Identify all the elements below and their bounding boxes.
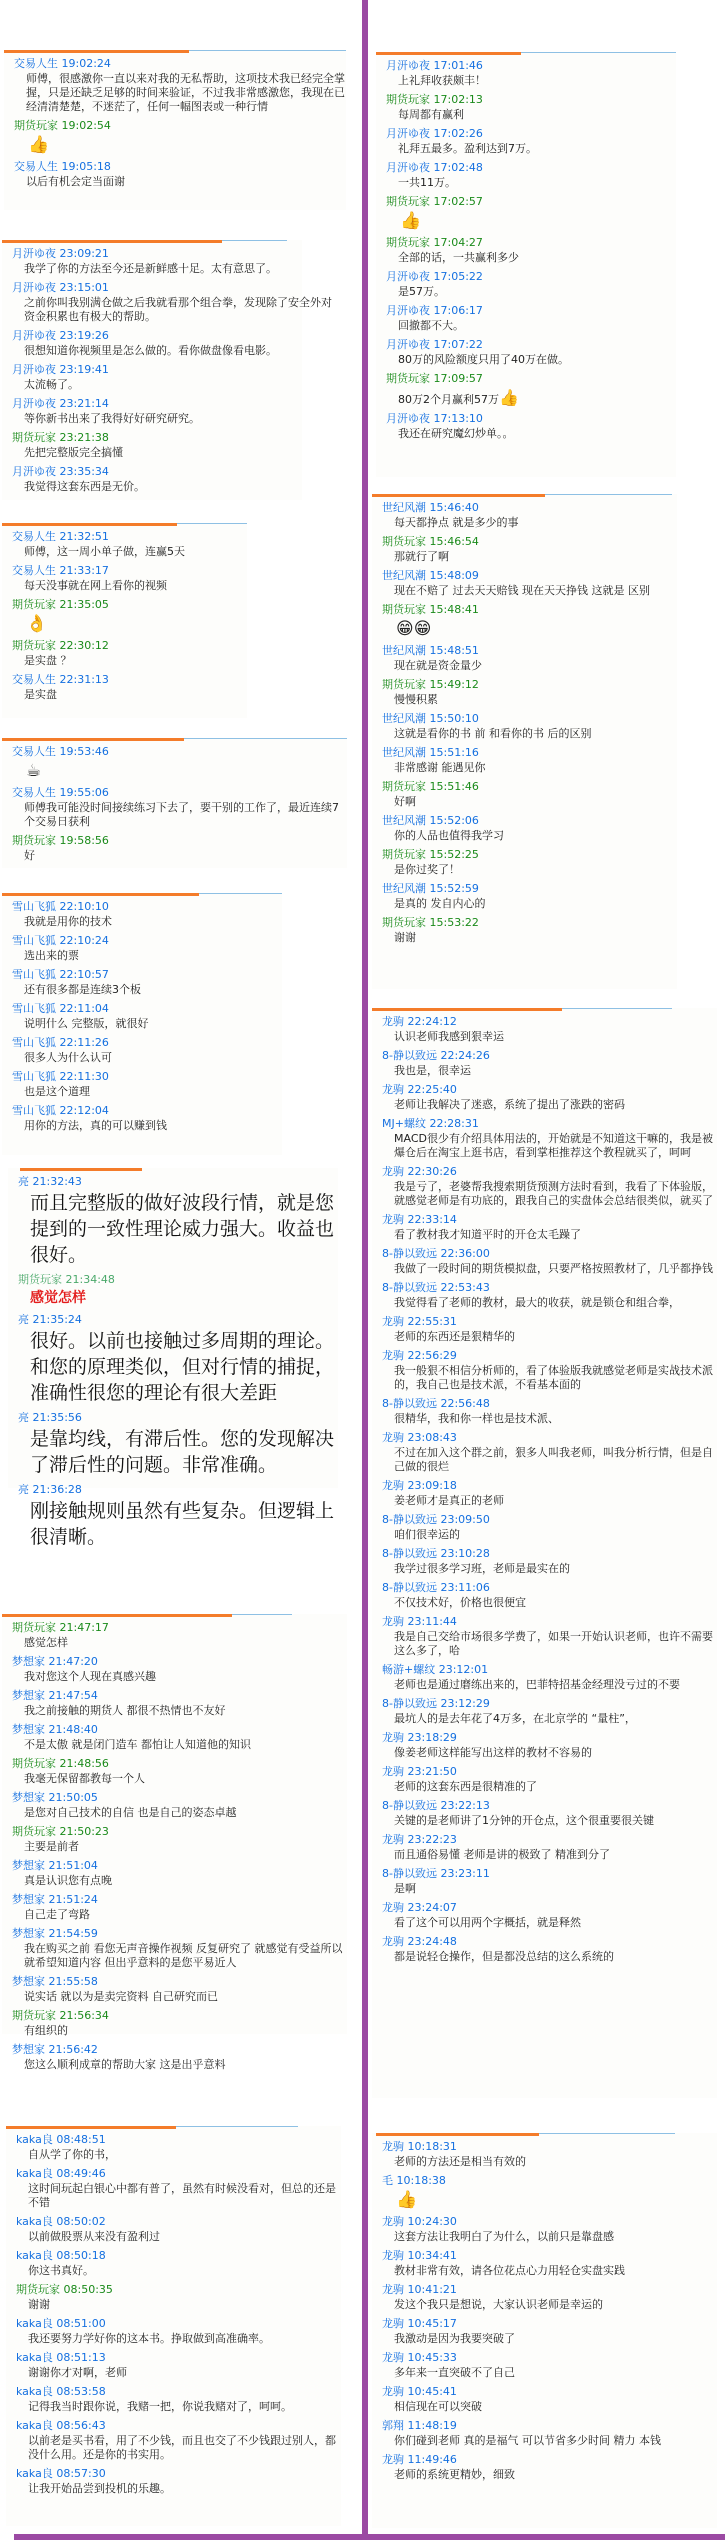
message-text: 是实盘 ？ <box>12 654 247 668</box>
message: 梦想家 21:55:58说实话 就以为是卖完资料 自己研究而已 <box>2 1974 347 2004</box>
message: 世纪风潮 15:50:10这就是看你的书 前 和看你的书 后的区别 <box>372 711 677 741</box>
message: 8-静以致远 23:12:29最坑人的是去年花了4万多，在北京学的 “量柱”， <box>372 1696 717 1726</box>
message-text: 而且完整版的做好波段行情，就是您提到的一致性理论威力强大。收益也很好。 <box>18 1190 338 1268</box>
message-header: 月汧ゆ夜 17:01:46 <box>386 58 676 74</box>
message-header: 龙驹 10:45:17 <box>382 2316 717 2332</box>
message: 期货玩家 21:34:48感觉怎样 <box>8 1272 338 1308</box>
message-text: 用你的方法，真的可以赚到钱 <box>12 1119 282 1133</box>
message-header: 亮 21:35:24 <box>18 1312 338 1328</box>
message-text: 不仅技术好，价格也很便宜 <box>382 1596 717 1610</box>
message-text: 真是认识您有点晚 <box>12 1874 347 1888</box>
message-text: 我做了一段时间的期货模拟盘，只要严格按照教材了，几乎都挣钱 <box>382 1262 717 1276</box>
message: 亮 21:35:56是靠均线，有滞后性。您的发现解决了滞后性的问题。非常准确。 <box>8 1410 338 1478</box>
message: 龙驹 22:30:26我是亏了，老婆帮我搜索期货预测方法时看到，我看了下体验版，… <box>372 1164 717 1208</box>
message-text: 等你新书出来了我得好好研究研究。 <box>12 412 302 426</box>
message-header: kaka良 08:48:51 <box>16 2132 341 2148</box>
message-text: 老师的方法还是相当有效的 <box>382 2155 717 2169</box>
message: 龙驹 10:18:31老师的方法还是相当有效的 <box>372 2139 717 2169</box>
message: 期货玩家 21:47:17感觉怎样 <box>2 1620 347 1650</box>
message-text: 自从学了你的书， <box>16 2148 341 2162</box>
message-text: 说明什么 完整版，就很好 <box>12 1017 282 1031</box>
message-header: 期货玩家 15:46:54 <box>382 534 677 550</box>
separator <box>372 1008 717 1010</box>
message-header: 期货玩家 08:50:35 <box>16 2282 341 2298</box>
message-header: 世纪风潮 15:52:06 <box>382 813 677 829</box>
message-header: 龙驹 11:49:46 <box>382 2452 717 2468</box>
chat-block-4: 交易人生 19:53:46☕ 交易人生 19:55:06师傅我可能没时间接续练习… <box>2 738 347 868</box>
message-header: 龙驹 22:55:31 <box>382 1314 717 1330</box>
message: 龙驹 10:45:17我激动是因为我要突破了 <box>372 2316 717 2346</box>
message-header: 月汧ゆ夜 23:19:41 <box>12 362 302 378</box>
chat-block-10: 世纪风潮 15:46:40每天都挣点 就是多少的事 期货玩家 15:46:54那… <box>372 494 677 989</box>
message: 月汧ゆ夜 17:01:46上礼拜收获颇丰！ <box>376 58 676 88</box>
message-text: 发这个我只是想说，大家认识老师是幸运的 <box>382 2298 717 2312</box>
message: 8-静以致远 22:24:26我也是，很幸运 <box>372 1048 717 1078</box>
message-header: 梦想家 21:47:20 <box>12 1654 347 1670</box>
message-header: 8-静以致远 23:23:11 <box>382 1866 717 1882</box>
message-header: 龙驹 22:30:26 <box>382 1164 717 1180</box>
message-text: 好 <box>12 849 347 863</box>
message-header: 郭翔 11:48:19 <box>382 2418 717 2434</box>
message-text: 谢谢 <box>16 2298 341 2312</box>
message: 月汧ゆ夜 23:35:34我觉得这套东西是无价。 <box>2 464 302 494</box>
message-header: 期货玩家 17:02:57 <box>386 194 676 210</box>
message-text: 非常感谢 能遇见你 <box>382 761 677 775</box>
message-text: 我是自己交给市场很多学费了，如果一开始认识老师，也许不需要这么多了，哈 <box>382 1630 717 1658</box>
message-text: 很多人为什么认可 <box>12 1051 282 1065</box>
message: 龙驹 10:45:33多年来一直突破不了自己 <box>372 2350 717 2380</box>
message-header: 龙驹 10:41:21 <box>382 2282 717 2298</box>
message: 梦想家 21:48:40不是太傲 就是闭门造车 都怕让人知道他的知识 <box>2 1722 347 1752</box>
message: kaka良 08:50:18你这书真好。 <box>6 2248 341 2278</box>
message-header: 雪山飞狐 22:12:04 <box>12 1103 282 1119</box>
message: 月汧ゆ夜 23:09:21我学了你的方法至今还是新鲜感十足。太有意思了。 <box>2 246 302 276</box>
message: 交易人生 21:32:51师傅，这一周小单子做，连赢5天 <box>2 529 247 559</box>
message: 期货玩家 21:50:23主要是前者 <box>2 1824 347 1854</box>
message-header: 龙驹 23:18:29 <box>382 1730 717 1746</box>
message-text: 很精华，我和你一样也是技术派、 <box>382 1412 717 1426</box>
message: 期货玩家 15:51:46好啊 <box>372 779 677 809</box>
message: 龙驹 23:11:44我是自己交给市场很多学费了，如果一开始认识老师，也许不需要… <box>372 1614 717 1658</box>
message-header: 世纪风潮 15:51:16 <box>382 745 677 761</box>
message-header: kaka良 08:50:02 <box>16 2214 341 2230</box>
message-text: 现在不赔了 过去天天赔钱 现在天天挣钱 这就是 区别 <box>382 584 677 598</box>
message-text: 让我开始品尝到投机的乐趣。 <box>16 2482 341 2496</box>
message-text: 看了这个可以用两个字概括，就是释然 <box>382 1916 717 1930</box>
message: kaka良 08:49:46这时间玩起白银心中都有普了，虽然有时候没看对，但总的… <box>6 2166 341 2210</box>
message-header: 月汧ゆ夜 17:13:10 <box>386 411 676 427</box>
message-text: 最坑人的是去年花了4万多，在北京学的 “量柱”， <box>382 1712 717 1726</box>
message-text: 老师让我解决了迷惑，系统了提出了涨跌的密码 <box>382 1098 717 1112</box>
message-header: 月汧ゆ夜 17:02:26 <box>386 126 676 142</box>
message-header: kaka良 08:56:43 <box>16 2418 341 2434</box>
message: 梦想家 21:54:59我在购买之前 看您无声音操作视频 反复研究了 就感觉有受… <box>2 1926 347 1970</box>
message: kaka良 08:48:51自从学了你的书， <box>6 2132 341 2162</box>
chat-block-1: 交易人生 19:02:24师傅，很感激你一直以来对我的无私帮助，这项技术我已经完… <box>4 50 346 210</box>
message: 月汧ゆ夜 17:02:48一共11万。 <box>376 160 676 190</box>
message-text: 我还要努力学好你的这本书。挣取做到高准确率。 <box>16 2332 341 2346</box>
message-text: 很好。以前也接触过多周期的理论。和您的原理类似，但对行情的捕捉，准确性很您的理论… <box>18 1328 338 1406</box>
message: kaka良 08:51:13谢谢你才对啊，老师 <box>6 2350 341 2380</box>
message: 月汧ゆ夜 17:06:17回撤都不大。 <box>376 303 676 333</box>
message: 期货玩家 19:58:56好 <box>2 833 347 863</box>
message-text: 姜老师才是真正的老师 <box>382 1494 717 1508</box>
separator <box>2 523 247 525</box>
chat-block-11: 龙驹 22:24:12认识老师我感到狠幸运 8-静以致远 22:24:26我也是… <box>372 1008 717 2098</box>
message-header: 梦想家 21:51:04 <box>12 1858 347 1874</box>
message: 龙驹 22:33:14看了教材我才知道平时的开仓太毛躁了 <box>372 1212 717 1242</box>
message-header: kaka良 08:53:58 <box>16 2384 341 2400</box>
message: 龙驹 23:09:18姜老师才是真正的老师 <box>372 1478 717 1508</box>
message-header: 亮 21:35:56 <box>18 1410 338 1426</box>
message: kaka良 08:57:30让我开始品尝到投机的乐趣。 <box>6 2466 341 2496</box>
message-text: 像姜老师这样能写出这样的教材不容易的 <box>382 1746 717 1760</box>
message: 龙驹 22:56:29我一般狠不相信分析师的，看了体验版我就感觉老师是实战技术派… <box>372 1348 717 1392</box>
message-header: 龙驹 23:24:07 <box>382 1900 717 1916</box>
message-header: 期货玩家 21:34:48 <box>18 1272 338 1288</box>
message-header: 8-静以致远 23:11:06 <box>382 1580 717 1596</box>
message: 交易人生 19:55:06师傅我可能没时间接续练习下去了，要干别的工作了，最近连… <box>2 785 347 829</box>
message-header: 月汧ゆ夜 17:02:48 <box>386 160 676 176</box>
message-header: 8-静以致远 23:22:13 <box>382 1798 717 1814</box>
message-text: 你这书真好。 <box>16 2264 341 2278</box>
message-text: 看了教材我才知道平时的开仓太毛躁了 <box>382 1228 717 1242</box>
chat-block-2: 月汧ゆ夜 23:09:21我学了你的方法至今还是新鲜感十足。太有意思了。 月汧ゆ… <box>2 240 302 500</box>
message: 8-静以致远 23:10:28我学过很多学习班，老师是最实在的 <box>372 1546 717 1576</box>
message: 期货玩家 17:02:57👍 <box>376 194 676 235</box>
message-text: 上礼拜收获颇丰！ <box>386 74 676 88</box>
message-text: 先把完整版完全搞懂 <box>12 446 302 460</box>
message-header: 8-静以致远 23:10:28 <box>382 1546 717 1562</box>
message-header: 交易人生 19:02:24 <box>14 56 346 72</box>
message-header: 期货玩家 21:56:34 <box>12 2008 347 2024</box>
message-header: 期货玩家 21:47:17 <box>12 1620 347 1636</box>
message: 梦想家 21:50:05是您对自己技术的自信 也是自己的姿态卓越 <box>2 1790 347 1820</box>
message-text: 很想知道你视频里是怎么做的。看你做盘像看电影。 <box>12 344 302 358</box>
separator <box>2 240 302 242</box>
thumbs-up-icon: 👍 <box>499 388 519 407</box>
message: 龙驹 10:45:41相信现在可以突破 <box>372 2384 717 2414</box>
thumbs-up-icon: 👍 <box>386 210 421 232</box>
message: 8-静以致远 23:09:50咱们很幸运的 <box>372 1512 717 1542</box>
message-header: 期货玩家 21:35:05 <box>12 597 247 613</box>
message-text: 这就是看你的书 前 和看你的书 后的区别 <box>382 727 677 741</box>
message-text: 是真的 发自内心的 <box>382 897 677 911</box>
message: 月汧ゆ夜 17:02:26礼拜五最多。盈利达到7万。 <box>376 126 676 156</box>
coffee-icon: ☕ <box>12 760 41 782</box>
message-text: 师傅，很感激你一直以来对我的无私帮助，这项技术我已经完全掌握，只是还缺乏足够的时… <box>14 72 346 114</box>
message: 交易人生 19:05:18以后有机会定当面谢 <box>4 159 346 189</box>
message-text: 我对您这个人现在真感兴趣 <box>12 1670 347 1684</box>
message-text: 我激动是因为我要突破了 <box>382 2332 717 2346</box>
message-text: 我是亏了，老婆帮我搜索期货预测方法时看到，我看了下体验版，就感觉老师是有功底的，… <box>382 1180 717 1208</box>
message-text: 以前老是买书看，用了不少钱，而且也交了不少钱跟过别人，都没什么用。还是你的书实用… <box>16 2434 341 2462</box>
message-text: 说实话 就以为是卖完资料 自己研究而已 <box>12 1990 347 2004</box>
message-header: 龙驹 23:21:50 <box>382 1764 717 1780</box>
message-header: 毛 10:18:38 <box>382 2173 717 2189</box>
message: 梦想家 21:51:24自己走了弯路 <box>2 1892 347 1922</box>
message-header: 梦想家 21:51:24 <box>12 1892 347 1908</box>
message: 畅游+螺纹 23:12:01老师也是通过磨练出来的，巴菲特招基金经理没亏过的不要 <box>372 1662 717 1692</box>
message: 期货玩家 15:46:54那就行了啊 <box>372 534 677 564</box>
separator <box>376 52 676 54</box>
message-header: 亮 21:32:43 <box>18 1174 338 1190</box>
message: 龙驹 22:25:40老师让我解决了迷惑，系统了提出了涨跌的密码 <box>372 1082 717 1112</box>
message-header: 梦想家 21:54:59 <box>12 1926 347 1942</box>
separator <box>2 738 347 740</box>
message-header: 龙驹 22:56:29 <box>382 1348 717 1364</box>
message-header: 雪山飞狐 22:10:24 <box>12 933 282 949</box>
separator <box>372 494 677 496</box>
message: 交易人生 19:02:24师傅，很感激你一直以来对我的无私帮助，这项技术我已经完… <box>4 56 346 114</box>
message-text: 这套方法让我明白了为什么，以前只是靠盘感 <box>382 2230 717 2244</box>
purple-frame-bottom <box>14 2534 725 2540</box>
message-text: 相信现在可以突破 <box>382 2400 717 2414</box>
message-text: 好啊 <box>382 795 677 809</box>
message-text: 是您对自己技术的自信 也是自己的姿态卓越 <box>12 1806 347 1820</box>
message: 龙驹 23:21:50老师的这套东西是很精准的了 <box>372 1764 717 1794</box>
message: 月汧ゆ夜 23:21:14等你新书出来了我得好好研究研究。 <box>2 396 302 426</box>
message-header: 月汧ゆ夜 23:35:34 <box>12 464 302 480</box>
message-header: kaka良 08:50:18 <box>16 2248 341 2264</box>
message-text: 咱们很幸运的 <box>382 1528 717 1542</box>
message-text: 我之前接触的期货人 都很不热情也不友好 <box>12 1704 347 1718</box>
message-text: 每天都挣点 就是多少的事 <box>382 516 677 530</box>
message-text: 感觉怎样 <box>12 1636 347 1650</box>
message: 世纪风潮 15:52:59是真的 发自内心的 <box>372 881 677 911</box>
message-text: 是你过奖了！ <box>382 863 677 877</box>
message-header: 交易人生 19:05:18 <box>14 159 346 175</box>
message: 雪山飞狐 22:10:10我就是用你的技术 <box>2 899 282 929</box>
message: 亮 21:32:43而且完整版的做好波段行情，就是您提到的一致性理论威力强大。收… <box>8 1174 338 1268</box>
message-header: 期货玩家 15:49:12 <box>382 677 677 693</box>
message: MJ+螺纹 22:28:31MACD很少有介绍具体用法的，开始就是不知道这干嘛的… <box>372 1116 717 1160</box>
message-text: 而且通俗易懂 老师是讲的极致了 精准到分了 <box>382 1848 717 1862</box>
message-header: 期货玩家 21:48:56 <box>12 1756 347 1772</box>
ok-hand-icon: 👌 <box>12 613 47 635</box>
message-header: 梦想家 21:48:40 <box>12 1722 347 1738</box>
message: 月汧ゆ夜 23:19:41太流畅了。 <box>2 362 302 392</box>
message: 8-静以致远 23:11:06不仅技术好，价格也很便宜 <box>372 1580 717 1610</box>
message-header: 世纪风潮 15:48:51 <box>382 643 677 659</box>
message: 世纪风潮 15:46:40每天都挣点 就是多少的事 <box>372 500 677 530</box>
message-header: 龙驹 22:33:14 <box>382 1212 717 1228</box>
message-text: 你们碰到老师 真的是福气 可以节省多少时间 精力 本钱 <box>382 2434 717 2448</box>
message-text: 都是说轻仓操作，但是都没总结的这么系统的 <box>382 1950 717 1964</box>
message-header: 期货玩家 17:09:57 <box>386 371 676 387</box>
message-header: 8-静以致远 23:12:29 <box>382 1696 717 1712</box>
separator <box>4 50 346 52</box>
message: 龙驹 22:24:12认识老师我感到狠幸运 <box>372 1014 717 1044</box>
chat-block-5: 雪山飞狐 22:10:10我就是用你的技术 雪山飞狐 22:10:24选出来的票… <box>2 893 282 1155</box>
message: 期货玩家 17:04:27全部的话，一共赢利多少 <box>376 235 676 265</box>
message-header: 龙驹 10:24:30 <box>382 2214 717 2230</box>
message: 龙驹 23:08:43不过在加入这个群之前，狠多人叫我老师，叫我分析行情，但是自… <box>372 1430 717 1474</box>
message-text: 是57万。 <box>386 285 676 299</box>
message-header: 8-静以致远 22:24:26 <box>382 1048 717 1064</box>
message-text: 太流畅了。 <box>12 378 302 392</box>
message-text: 不是太傲 就是闭门造车 都怕让人知道他的知识 <box>12 1738 347 1752</box>
message-header: 月汧ゆ夜 17:05:22 <box>386 269 676 285</box>
message: 8-静以致远 23:23:11是啊 <box>372 1866 717 1896</box>
message-header: 期货玩家 17:02:13 <box>386 92 676 108</box>
message: 月汧ゆ夜 17:05:22是57万。 <box>376 269 676 299</box>
message: 郭翔 11:48:19你们碰到老师 真的是福气 可以节省多少时间 精力 本钱 <box>372 2418 717 2448</box>
message-text: 每周都有赢利 <box>386 108 676 122</box>
message-text: 以后有机会定当面谢 <box>14 175 346 189</box>
separator <box>372 2133 717 2135</box>
message-text: 我学了你的方法至今还是新鲜感十足。太有意思了。 <box>12 262 302 276</box>
message-header: 世纪风潮 15:48:09 <box>382 568 677 584</box>
message: 期货玩家 15:53:22谢谢 <box>372 915 677 945</box>
message: 龙驹 10:41:21发这个我只是想说，大家认识老师是幸运的 <box>372 2282 717 2312</box>
message-text: 礼拜五最多。盈利达到7万。 <box>386 142 676 156</box>
message-text: 关键的是老师讲了1分钟的开仓点，这个很重要很关键 <box>382 1814 717 1828</box>
message-text: 老师的系统更精妙，细致 <box>382 2468 717 2482</box>
message-text: 有组织的 <box>12 2024 347 2038</box>
message: 期货玩家 22:30:12是实盘 ？ <box>2 638 247 668</box>
message-header: 龙驹 23:24:48 <box>382 1934 717 1950</box>
message-header: 月汧ゆ夜 23:21:14 <box>12 396 302 412</box>
message-header: 8-静以致远 22:56:48 <box>382 1396 717 1412</box>
message: 龙驹 10:34:41教材非常有效，请各位花点心力用轻仓实盘实践 <box>372 2248 717 2278</box>
message-text: 我还在研究魔幻炒单。。 <box>386 427 676 441</box>
message-text: 80万的风险额度只用了40万在做。 <box>386 353 676 367</box>
message-header: 龙驹 10:34:41 <box>382 2248 717 2264</box>
message: 龙驹 23:18:29像姜老师这样能写出这样的教材不容易的 <box>372 1730 717 1760</box>
message: kaka良 08:51:00我还要努力学好你的这本书。挣取做到高准确率。 <box>6 2316 341 2346</box>
message-header: 交易人生 19:55:06 <box>12 785 347 801</box>
message: 雪山飞狐 22:10:24选出来的票 <box>2 933 282 963</box>
message: 梦想家 21:51:04真是认识您有点晚 <box>2 1858 347 1888</box>
message-header: 龙驹 23:22:23 <box>382 1832 717 1848</box>
message: 月汧ゆ夜 17:07:2280万的风险额度只用了40万在做。 <box>376 337 676 367</box>
message-header: 梦想家 21:56:42 <box>12 2042 347 2058</box>
message-header: kaka良 08:57:30 <box>16 2466 341 2482</box>
message: 亮 21:36:28刚接触规则虽然有些复杂。但逻辑上很清晰。 <box>8 1482 338 1550</box>
message-header: 8-静以致远 22:53:43 <box>382 1280 717 1296</box>
message-header: 期货玩家 23:21:38 <box>12 430 302 446</box>
message-header: 龙驹 10:45:41 <box>382 2384 717 2400</box>
message: 梦想家 21:47:54我之前接触的期货人 都很不热情也不友好 <box>2 1688 347 1718</box>
chat-block-8: kaka良 08:48:51自从学了你的书， kaka良 08:49:46这时间… <box>6 2126 341 2526</box>
message-header: 月汧ゆ夜 23:15:01 <box>12 280 302 296</box>
message-header: 亮 21:36:28 <box>18 1482 338 1498</box>
message-text: 我学过很多学习班，老师是最实在的 <box>382 1562 717 1576</box>
message-header: 雪山飞狐 22:10:57 <box>12 967 282 983</box>
message-header: 雪山飞狐 22:11:26 <box>12 1035 282 1051</box>
message: 8-静以致远 23:22:13关键的是老师讲了1分钟的开仓点，这个很重要很关键 <box>372 1798 717 1828</box>
message: 期货玩家 17:02:13每周都有赢利 <box>376 92 676 122</box>
message-text: 谢谢 <box>382 931 677 945</box>
message-text: 现在就是资金量少 <box>382 659 677 673</box>
message-text: 一共11万。 <box>386 176 676 190</box>
message-header: 8-静以致远 22:36:00 <box>382 1246 717 1262</box>
message-text: 是靠均线，有滞后性。您的发现解决了滞后性的问题。非常准确。 <box>18 1426 338 1478</box>
message: 龙驹 23:22:23而且通俗易懂 老师是讲的极致了 精准到分了 <box>372 1832 717 1862</box>
message-header: kaka良 08:51:13 <box>16 2350 341 2366</box>
message: 8-静以致远 22:56:48很精华，我和你一样也是技术派、 <box>372 1396 717 1426</box>
message: 交易人生 21:33:17每天没事就在网上看你的视频 <box>2 563 247 593</box>
message-text: 慢慢积累 <box>382 693 677 707</box>
message-text: 不过在加入这个群之前，狠多人叫我老师，叫我分析行情，但是自己做的很烂 <box>382 1446 717 1474</box>
message-text: 老师的东西还是狠精华的 <box>382 1330 717 1344</box>
message: 龙驹 11:49:46老师的系统更精妙，细致 <box>372 2452 717 2482</box>
message-text: 你的人品也值得我学习 <box>382 829 677 843</box>
message: 期货玩家 21:48:56我毫无保留都教每一个人 <box>2 1756 347 1786</box>
message-text: 还有很多都是连续3个板 <box>12 983 282 997</box>
message-header: 交易人生 22:31:13 <box>12 672 247 688</box>
separator <box>6 2126 341 2128</box>
grinning-face-icon: 😁😁 <box>382 618 431 640</box>
message-text: 记得我当时跟你说，我赌一把，你说我赌对了，呵呵。 <box>16 2400 341 2414</box>
thumbs-up-icon: 👍 <box>382 2189 417 2211</box>
message: 交易人生 22:31:13是实盘 <box>2 672 247 702</box>
message: kaka良 08:50:02以前做股票从来没有盈利过 <box>6 2214 341 2244</box>
message: 世纪风潮 15:48:09现在不赔了 过去天天赔钱 现在天天挣钱 这就是 区别 <box>372 568 677 598</box>
message-header: 世纪风潮 15:46:40 <box>382 500 677 516</box>
message-header: 龙驹 10:18:31 <box>382 2139 717 2155</box>
message: 期货玩家 19:02:54👍 <box>4 118 346 159</box>
message: 期货玩家 15:49:12慢慢积累 <box>372 677 677 707</box>
message: 期货玩家 21:35:05👌 <box>2 597 247 638</box>
message: 雪山飞狐 22:10:57还有很多都是连续3个板 <box>2 967 282 997</box>
message: 期货玩家 15:52:25是你过奖了！ <box>372 847 677 877</box>
message-header: 月汧ゆ夜 17:07:22 <box>386 337 676 353</box>
message: 世纪风潮 15:48:51现在就是资金量少 <box>372 643 677 673</box>
message-text: 之前你叫我别满仓做之后我就看那个组合拳，发现除了安全外对资金积累也有极大的帮助。 <box>12 296 332 324</box>
message-header: 龙驹 22:24:12 <box>382 1014 717 1030</box>
message-text: 师傅，这一周小单子做，连赢5天 <box>12 545 247 559</box>
message-text: 也是这个道理 <box>12 1085 282 1099</box>
message-text: 我觉得这套东西是无价。 <box>12 480 302 494</box>
message-header: kaka良 08:49:46 <box>16 2166 341 2182</box>
message-header: 月汧ゆ夜 17:06:17 <box>386 303 676 319</box>
message-header: 月汧ゆ夜 23:19:26 <box>12 328 302 344</box>
message-text: 我一般狠不相信分析师的，看了体验版我就感觉老师是实战技术派的，我自己也是技术派，… <box>382 1364 717 1392</box>
message: 龙驹 22:55:31老师的东西还是狠精华的 <box>372 1314 717 1344</box>
message-text: 感觉怎样 <box>18 1288 338 1308</box>
message-header: 龙驹 10:45:33 <box>382 2350 717 2366</box>
message-header: 期货玩家 21:50:23 <box>12 1824 347 1840</box>
message-header: 期货玩家 17:04:27 <box>386 235 676 251</box>
message: 8-静以致远 22:36:00我做了一段时间的期货模拟盘，只要严格按照教材了，几… <box>372 1246 717 1276</box>
message-header: 期货玩家 15:51:46 <box>382 779 677 795</box>
message-text: 教材非常有效，请各位花点心力用轻仓实盘实践 <box>382 2264 717 2278</box>
message: 交易人生 19:53:46☕ <box>2 744 347 785</box>
message: 月汧ゆ夜 23:15:01之前你叫我别满仓做之后我就看那个组合拳，发现除了安全外… <box>2 280 302 324</box>
message-header: 龙驹 22:25:40 <box>382 1082 717 1098</box>
message-text: 这时间玩起白银心中都有普了，虽然有时候没看对，但总的还是不错 <box>16 2182 341 2210</box>
message-text: 您这么顺利成章的帮助大家 这是出乎意料 <box>12 2058 347 2072</box>
message-header: 期货玩家 19:02:54 <box>14 118 346 134</box>
message: 龙驹 23:24:07看了这个可以用两个字概括，就是释然 <box>372 1900 717 1930</box>
message-header: 期货玩家 19:58:56 <box>12 833 347 849</box>
message-header: 交易人生 21:33:17 <box>12 563 247 579</box>
message-header: MJ+螺纹 22:28:31 <box>382 1116 717 1132</box>
message: 期货玩家 15:48:41😁😁 <box>372 602 677 643</box>
message-text: 谢谢你才对啊，老师 <box>16 2366 341 2380</box>
message-text: 自己走了弯路 <box>12 1908 347 1922</box>
message-header: 梦想家 21:47:54 <box>12 1688 347 1704</box>
message-header: 雪山飞狐 22:10:10 <box>12 899 282 915</box>
message: 月汧ゆ夜 23:19:26很想知道你视频里是怎么做的。看你做盘像看电影。 <box>2 328 302 358</box>
message-header: 雪山飞狐 22:11:30 <box>12 1069 282 1085</box>
message-header: 交易人生 21:32:51 <box>12 529 247 545</box>
message-text: 是实盘 <box>12 688 247 702</box>
message: 雪山飞狐 22:11:26很多人为什么认可 <box>2 1035 282 1065</box>
purple-frame-vertical <box>362 0 368 2536</box>
